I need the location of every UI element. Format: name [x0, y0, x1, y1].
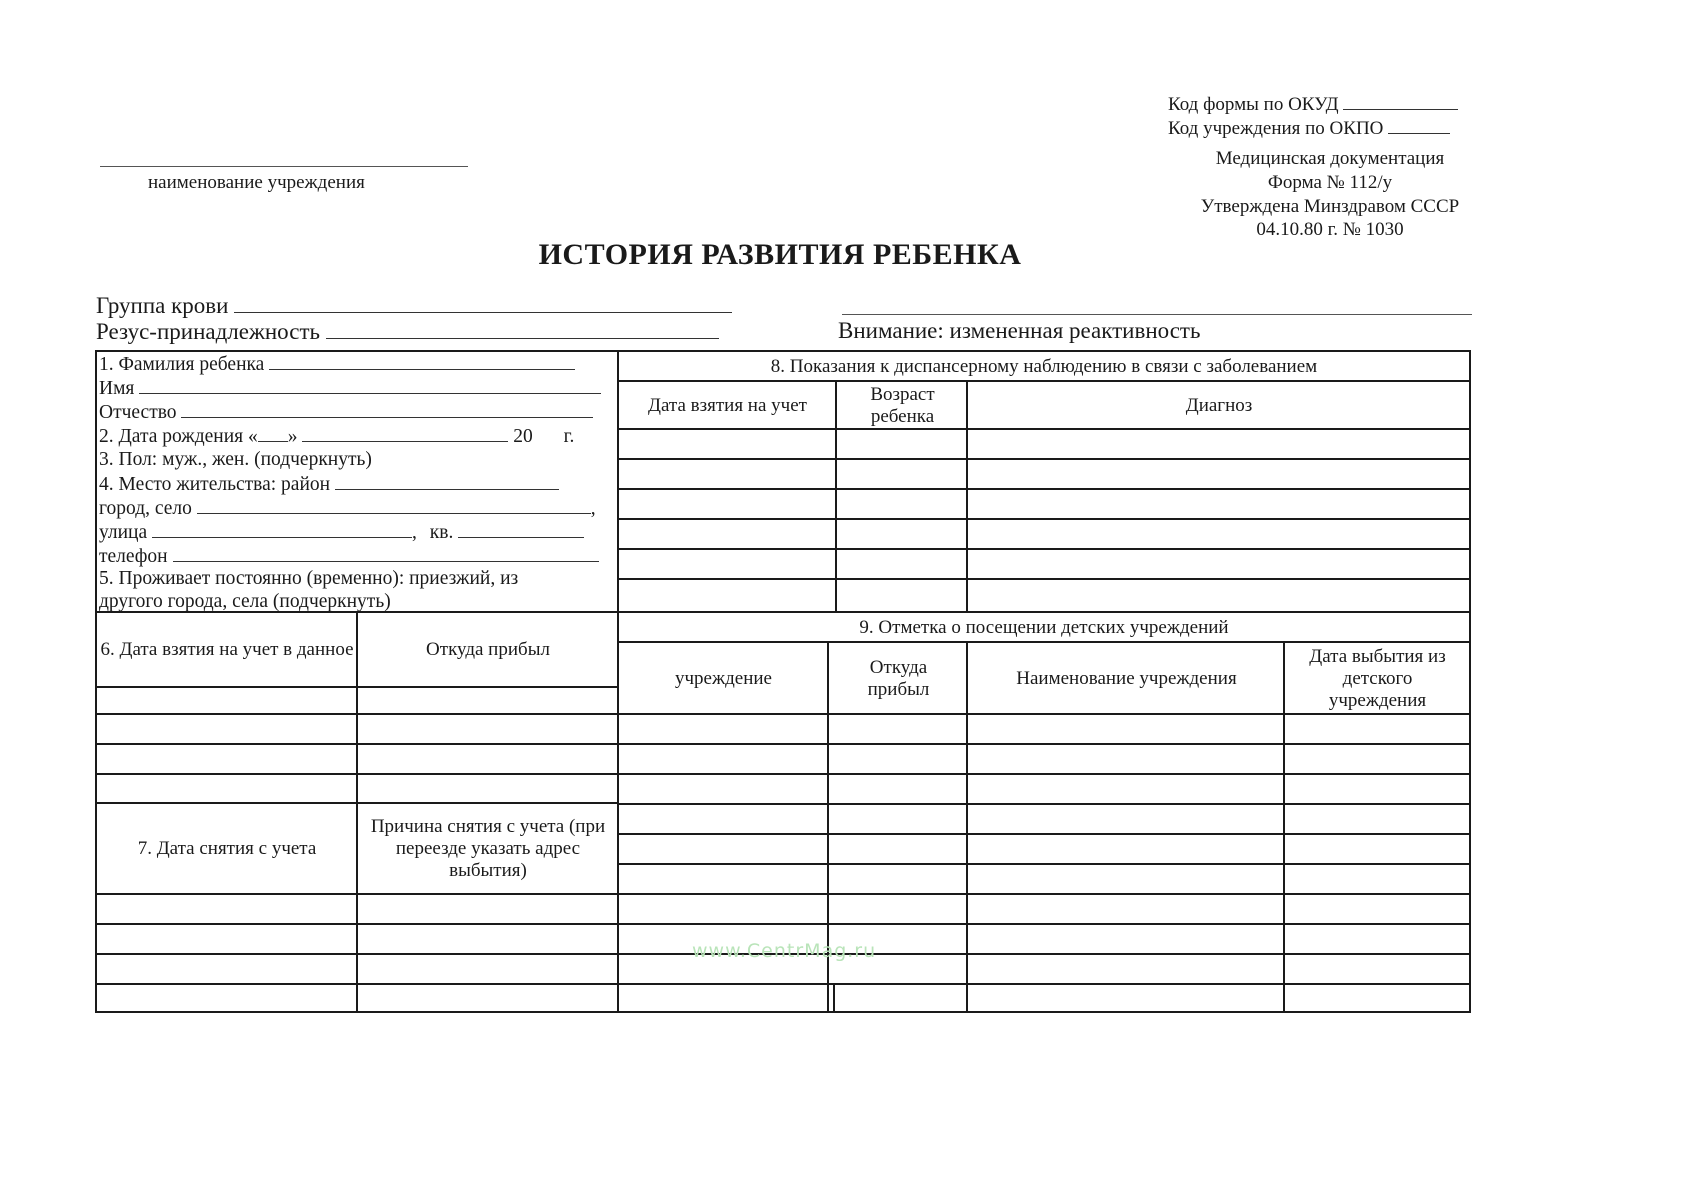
section9-institution-cell[interactable] — [619, 835, 827, 863]
section7-date-cell[interactable] — [97, 955, 356, 983]
section9-leave-date-cell[interactable] — [1285, 985, 1469, 1011]
section7-date-cell[interactable] — [97, 925, 356, 953]
section8-diagnosis-cell[interactable] — [968, 430, 1469, 458]
section7-date-cell[interactable] — [97, 985, 356, 1011]
section9-col-institution: учреждение — [619, 644, 828, 713]
comma: , — [591, 498, 596, 519]
section9-leave-date-cell[interactable] — [1285, 955, 1469, 983]
section8-age-cell[interactable] — [837, 490, 966, 518]
street-label: улица — [99, 522, 147, 543]
birth-date-label: 2. Дата рождения « — [99, 426, 258, 447]
section8-date-cell[interactable] — [619, 490, 835, 518]
phone-blank[interactable] — [173, 544, 599, 562]
birth-month-blank[interactable] — [302, 424, 508, 442]
rhesus-field: Резус-принадлежность — [96, 318, 719, 345]
blood-group-field: Группа крови — [96, 292, 732, 319]
birth-year-prefix: 20 — [513, 426, 533, 447]
section9-leave-date-cell[interactable] — [1285, 865, 1469, 893]
section9-name-cell[interactable] — [968, 925, 1283, 953]
grid-line — [1469, 350, 1471, 1013]
rhesus-label: Резус-принадлежность — [96, 319, 320, 344]
section9-from-cell[interactable] — [829, 955, 966, 983]
section8-date-cell[interactable] — [619, 460, 835, 488]
phone-field: телефон — [99, 544, 599, 569]
okpo-label: Код учреждения по ОКПО — [1168, 118, 1383, 139]
section8-title: 8. Показания к диспансерному наблюдению … — [619, 352, 1469, 381]
surname-field: 1. Фамилия ребенка — [99, 352, 575, 377]
section9-name-cell[interactable] — [968, 865, 1283, 893]
section9-name-cell[interactable] — [968, 835, 1283, 863]
comma: , — [412, 522, 417, 543]
section9-name-cell[interactable] — [968, 955, 1283, 983]
section7-reason-cell[interactable] — [358, 985, 617, 1011]
section9-leave-date-cell[interactable] — [1285, 805, 1469, 833]
section9-from-cell[interactable] — [829, 895, 966, 923]
patronymic-blank[interactable] — [181, 400, 593, 418]
section9-name-cell[interactable] — [968, 775, 1283, 803]
city-field: город, село , — [99, 496, 596, 521]
okud-label: Код формы по ОКУД — [1168, 94, 1339, 115]
section7-reason-cell[interactable] — [358, 925, 617, 953]
section9-title: 9. Отметка о посещении детских учреждени… — [619, 614, 1469, 642]
city-blank[interactable] — [197, 496, 591, 514]
birth-day-blank[interactable] — [258, 424, 288, 442]
surname-blank[interactable] — [269, 352, 575, 370]
section8-diagnosis-cell[interactable] — [968, 490, 1469, 518]
section7-date-cell[interactable] — [97, 895, 356, 923]
section8-date-cell[interactable] — [619, 520, 835, 548]
name-label: Имя — [99, 378, 134, 399]
section8-age-cell[interactable] — [837, 460, 966, 488]
section9-name-cell[interactable] — [968, 805, 1283, 833]
section9-institution-cell[interactable] — [619, 775, 827, 803]
section8-col-diagnosis: Диагноз — [969, 383, 1469, 429]
section9-leave-date-cell[interactable] — [1285, 775, 1469, 803]
section8-date-cell[interactable] — [619, 550, 835, 578]
blood-group-blank[interactable] — [234, 292, 732, 313]
section9-name-cell[interactable] — [968, 895, 1283, 923]
okpo-blank[interactable] — [1388, 116, 1450, 134]
district-label: 4. Место жительства: район — [99, 474, 330, 495]
form-number: Форма № 112/у — [1180, 172, 1480, 194]
street-blank[interactable] — [152, 520, 412, 538]
section9-col-arrived-from: Откуда прибыл — [830, 644, 967, 713]
street-field: улица , кв. — [99, 520, 584, 545]
section8-age-cell[interactable] — [837, 430, 966, 458]
sex-field[interactable]: 3. Пол: муж., жен. (подчеркнуть) — [99, 448, 372, 472]
section6-col1-header: 6. Дата взятия на учет в данное — [97, 614, 357, 686]
section8-date-cell[interactable] — [619, 430, 835, 458]
section7-reason-cell[interactable] — [358, 955, 617, 983]
section8-diagnosis-cell[interactable] — [968, 460, 1469, 488]
section8-age-cell[interactable] — [837, 580, 966, 611]
patronymic-label: Отчество — [99, 402, 177, 423]
section6-from-cell[interactable] — [358, 688, 617, 713]
district-blank[interactable] — [335, 472, 559, 490]
section9-institution-cell[interactable] — [619, 745, 827, 773]
section9-leave-date-cell[interactable] — [1285, 895, 1469, 923]
blood-group-label: Группа крови — [96, 293, 228, 318]
okud-blank[interactable] — [1343, 92, 1458, 110]
birth-year-suffix: г. — [564, 426, 575, 447]
section7-col2-header: Причина снятия с учета (при переезде ука… — [359, 805, 617, 893]
section9-name-cell[interactable] — [968, 715, 1283, 743]
reactivity-blank[interactable] — [842, 314, 1472, 315]
surname-label: 1. Фамилия ребенка — [99, 354, 264, 375]
med-doc-label: Медицинская документация — [1180, 148, 1480, 170]
section6-from-cell[interactable] — [358, 715, 617, 743]
section9-institution-cell[interactable] — [619, 985, 827, 1011]
section6-date-cell[interactable] — [97, 775, 356, 803]
okpo-code-field: Код учреждения по ОКПО — [1168, 116, 1450, 140]
page-title: ИСТОРИЯ РАЗВИТИЯ РЕБЕНКА — [380, 238, 1180, 272]
section9-institution-cell[interactable] — [619, 865, 827, 893]
section9-institution-cell[interactable] — [619, 805, 827, 833]
approved-by: Утверждена Минздравом СССР — [1180, 196, 1480, 218]
section9-leave-date-cell[interactable] — [1285, 835, 1469, 863]
okud-code-field: Код формы по ОКУД — [1168, 92, 1458, 116]
residence-status-line1[interactable]: 5. Проживает постоянно (временно): приез… — [99, 567, 518, 591]
section9-col-leave-date: Дата выбытия из детского учреждения — [1286, 644, 1469, 713]
section6-date-cell[interactable] — [97, 688, 356, 713]
section8-col-date: Дата взятия на учет — [619, 383, 836, 429]
name-blank[interactable] — [139, 376, 601, 394]
section9-from-cell[interactable] — [829, 715, 966, 743]
section9-institution-cell[interactable] — [619, 715, 827, 743]
section6-date-cell[interactable] — [97, 715, 356, 743]
city-label: город, село — [99, 498, 192, 519]
section9-from-cell[interactable] — [829, 835, 966, 863]
section6-from-cell[interactable] — [358, 745, 617, 773]
section9-institution-cell[interactable] — [619, 955, 827, 983]
quote-close: » — [288, 426, 298, 447]
section9-from-cell[interactable] — [829, 805, 966, 833]
institution-name-blank[interactable] — [100, 166, 468, 167]
birth-date-field: 2. Дата рождения «» 20 г. — [99, 424, 574, 449]
section9-from-cell[interactable] — [829, 985, 966, 1011]
section8-date-cell[interactable] — [619, 580, 835, 611]
rhesus-blank[interactable] — [326, 318, 719, 339]
section8-col-age: Возраст ребенка — [838, 383, 967, 429]
section9-from-cell[interactable] — [829, 775, 966, 803]
residence-field: 4. Место жительства: район — [99, 472, 559, 497]
patronymic-field: Отчество — [99, 400, 593, 425]
section9-leave-date-cell[interactable] — [1285, 745, 1469, 773]
section9-from-cell[interactable] — [829, 745, 966, 773]
section9-col-institution-name: Наименование учреждения — [969, 644, 1284, 713]
section9-from-cell[interactable] — [829, 925, 966, 953]
section9-leave-date-cell[interactable] — [1285, 925, 1469, 953]
section6-date-cell[interactable] — [97, 745, 356, 773]
section8-diagnosis-cell[interactable] — [968, 550, 1469, 578]
section6-from-cell[interactable] — [358, 775, 617, 803]
section9-from-cell[interactable] — [829, 865, 966, 893]
section8-diagnosis-cell[interactable] — [968, 580, 1469, 611]
section7-reason-cell[interactable] — [358, 895, 617, 923]
apartment-label: кв. — [430, 522, 454, 543]
section9-leave-date-cell[interactable] — [1285, 715, 1469, 743]
section6-col2-header: Откуда прибыл — [359, 614, 617, 686]
phone-label: телефон — [99, 546, 168, 567]
institution-caption: наименование учреждения — [148, 172, 365, 194]
section9-institution-cell[interactable] — [619, 895, 827, 923]
grid-line — [617, 611, 1471, 613]
section9-institution-cell[interactable] — [619, 925, 827, 953]
section8-diagnosis-cell[interactable] — [968, 520, 1469, 548]
section9-name-cell[interactable] — [968, 745, 1283, 773]
grid-line — [95, 1011, 1471, 1013]
section8-age-cell[interactable] — [837, 520, 966, 548]
residence-status-line2[interactable]: другого города, села (подчеркнуть) — [99, 590, 391, 614]
section7-col1-header: 7. Дата снятия с учета — [97, 805, 357, 893]
name-field: Имя — [99, 376, 601, 401]
attention-label: Внимание: измененная реактивность — [838, 318, 1200, 344]
approved-date: 04.10.80 г. № 1030 — [1180, 219, 1480, 241]
apartment-blank[interactable] — [458, 520, 584, 538]
section9-name-cell[interactable] — [968, 985, 1283, 1011]
section8-age-cell[interactable] — [837, 550, 966, 578]
